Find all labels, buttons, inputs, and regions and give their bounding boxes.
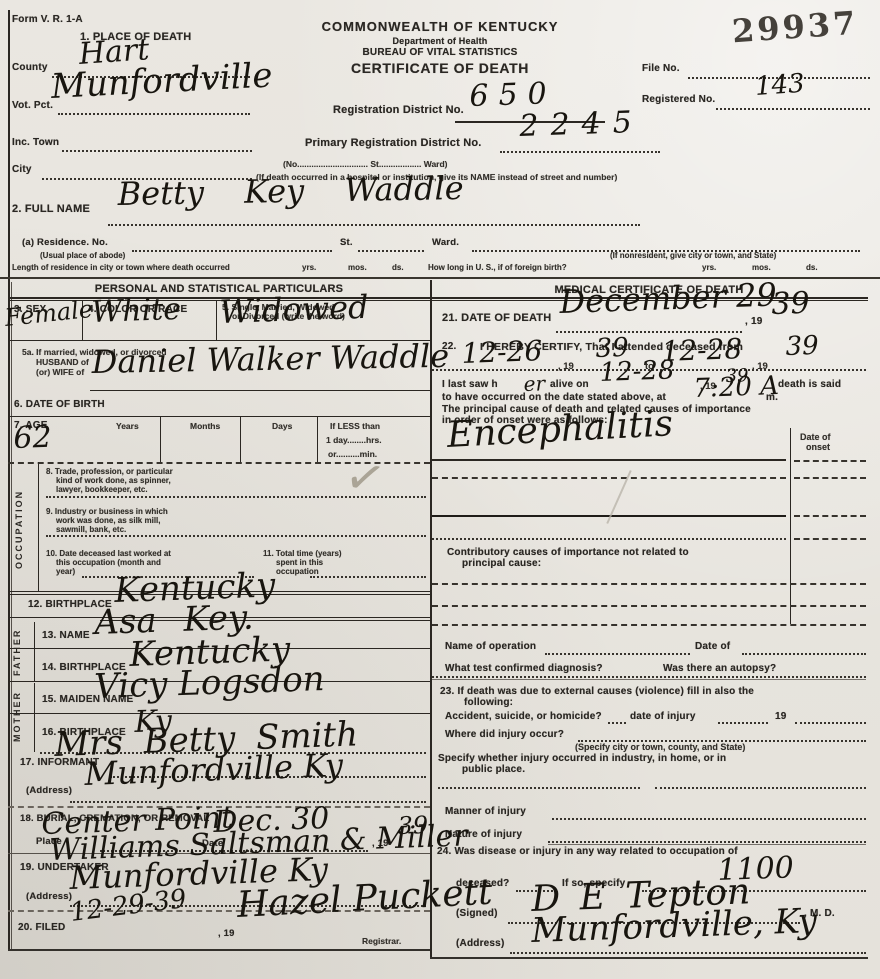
father-box-line [34,622,35,681]
divider [8,416,430,417]
death-is-said-text: death is said [778,379,841,390]
accident-label: Accident, suicide, or homicide? [445,711,602,722]
divider [8,713,430,714]
length-mos-label: mos. [348,263,367,272]
howlong-ds-label: ds. [806,263,818,272]
registrar-signature: Hazel Puckett [236,875,493,924]
city-street-hint: (No.............................. St....… [283,159,448,169]
occurred-text: to have occurred on the date stated abov… [442,392,666,403]
certificate-stamp-number: 29937 [731,4,860,51]
full-name-value: Betty Key Waddle [117,172,463,210]
cause-of-death-value: Encephalitis [446,406,674,454]
divider [430,957,868,959]
spouse-label-3: (or) WIFE of [36,367,84,377]
age-less-1: If LESS than [330,421,380,431]
form-code: Form V. R. 1-A [12,14,83,25]
age-less-2: 1 day........hrs. [326,435,382,445]
spouse-label-2: HUSBAND of [36,357,89,367]
attended-to-year: 39 [785,333,819,360]
cause-line [432,459,786,461]
mother-side-label: MOTHER [12,688,22,746]
manner-of-injury-label: Manner of injury [445,806,526,817]
autopsy-label: Was there an autopsy? [663,663,776,674]
registered-no-line [716,108,870,110]
occurred-m-text: m. [766,392,778,403]
age-months-header: Months [190,421,220,431]
occupation-side-label: OCCUPATION [14,468,24,590]
smudge-line [432,679,866,680]
last-saw-post-text: alive on [550,379,589,390]
informant-address-label: (Address) [26,785,72,796]
specify-line [655,787,866,789]
city-label: City [12,164,32,175]
file-no-label: File No. [642,63,680,74]
registered-no-label: Registered No. [642,94,715,105]
inc-town-line [62,150,252,152]
physician-address-line [510,952,866,954]
last-saw-date-value: 12-28 [599,357,675,386]
occ8-label-3: lawyer, bookkeeper, etc. [56,485,148,494]
inc-town-label: Inc. Town [12,137,59,148]
occ11-label-1: 11. Total time (years) [263,549,342,558]
injury-date-line [718,722,768,724]
contributory-text-2: principal cause: [462,558,541,569]
registration-district-value: 650 [469,79,557,112]
specify-text-1: Specify whether injury occurred in indus… [438,753,726,764]
dod-year-value: 39 [771,289,810,320]
mother-maiden-name-value: Vicy Logsdon [94,662,325,704]
registered-no-value: 143 [754,71,805,100]
test-line [432,676,866,678]
cause-line [432,477,786,479]
certificate-title: CERTIFICATE OF DEATH [270,60,610,76]
physician-address-value: Munfordville, Ky [531,904,818,948]
occupation-box-line [38,462,39,592]
informant-address-line [70,801,426,803]
age-days-header: Days [272,421,292,431]
registrar-label: Registrar. [362,936,401,946]
cell-divider [317,416,318,462]
specify-line [438,787,640,789]
where-injury-hint: (Specify city or town, county, and State… [575,742,745,752]
death-certificate-scan: Form V. R. 1-A 1. PLACE OF DEATH COMMONW… [0,0,880,979]
divider [8,949,430,951]
contributory-line [432,605,866,607]
contributory-line [432,583,866,585]
external-causes-text-2: following: [464,697,513,708]
occ10-label-2: this occupation (month and [56,558,161,567]
howlong-mos-label: mos. [752,263,771,272]
nature-line [548,841,866,843]
manner-line [552,818,866,820]
primary-district-label: Primary Registration District No. [305,137,482,149]
voting-precinct-line [58,113,250,115]
accident-line [608,722,626,724]
contributory-line [432,624,866,626]
mother-box-line [34,683,35,752]
color-race-value: White [91,295,182,328]
nonresident-hint: (If nonresident, give city or town, and … [610,251,776,260]
sex-value: Female [3,297,94,330]
cell-divider [216,300,217,340]
occ11-label-3: occupation [276,567,319,576]
dod-year-prefix: , 19 [745,316,762,327]
divider [90,390,430,391]
cell-divider [240,416,241,462]
residence-st-label: St. [340,237,353,248]
date-of-death-label: 21. DATE OF DEATH [442,312,551,324]
father-side-label: FATHER [12,626,22,678]
voting-precinct-label: Vot. Pct. [12,100,53,111]
external-causes-text-1: 23. If death was due to external causes … [440,686,754,697]
cause-line [432,538,786,540]
undertaker-address-label: (Address) [26,891,72,902]
certify-number: 22. [442,341,457,352]
length-ds-label: ds. [392,263,404,272]
informant-address-value: Munfordville Ky [84,749,344,790]
cell-divider [160,416,161,462]
occ10-label-3: year) [56,567,75,576]
county-label: County [12,62,48,73]
length-residence-label: Length of residence in city or town wher… [12,263,230,272]
operation-label: Name of operation [445,641,536,652]
occupation-related-text: 24. Was disease or injury in any way rel… [437,846,738,857]
length-yrs-label: yrs. [302,263,316,272]
injury-19-label: 19 [775,711,787,722]
attended-from-value: 12-26 [461,337,543,368]
occ11-line [310,576,426,578]
test-label: What test confirmed diagnosis? [445,663,603,674]
occ9-label-2: work was done, as silk mill, [56,516,160,525]
howlong-yrs-label: yrs. [702,263,716,272]
registration-district-label: Registration District No. [333,104,464,116]
marital-value: Widowed [219,291,369,328]
date-of-birth-label: 6. DATE OF BIRTH [14,399,105,410]
onset-column-line [790,428,791,624]
date-of-onset-label-2: onset [806,442,830,452]
specify-text-2: public place. [462,764,525,775]
occ9-line [46,535,426,537]
date-of-onset-label-1: Date of [800,432,831,442]
operation-date-line [742,653,866,655]
onset-line [794,538,866,540]
onset-line [794,515,866,517]
full-name-line [108,224,640,226]
date-of-death-value: December 29 [559,278,777,318]
bureau-subtitle: BUREAU OF VITAL STATISTICS [270,47,610,58]
column-divider [430,280,432,957]
onset-line [794,477,866,479]
commonwealth-title: COMMONWEALTH OF KENTUCKY [270,19,610,34]
filed-label: 20. FILED [18,922,65,933]
spouse-value: Daniel Walker Waddle [91,340,449,378]
department-subtitle: Department of Health [270,36,610,46]
primary-district-value: 2245 [519,108,644,142]
residence-no-line [132,250,332,252]
contributory-text-1: Contributory causes of importance not re… [447,547,689,558]
onset-line [794,460,866,462]
residence-label: (a) Residence. No. [22,237,108,248]
last-saw-pre-text: I last saw h [442,379,498,390]
voting-precinct-value: Munfordville [50,58,273,104]
injury-year-line [795,722,866,724]
left-border-inner [11,282,12,950]
smudge-line [548,844,866,845]
age-years-header: Years [116,421,139,431]
occ11-label-2: spent in this [276,558,323,567]
occ8-label-2: kind of work done, as spinner, [56,476,171,485]
physician-address-label: (Address) [456,938,504,949]
residence-ward-label: Ward. [432,237,459,248]
last-saw-er-value: er [523,373,545,394]
howlong-us-label: How long in U. S., if of foreign birth? [428,263,567,272]
injury-date-label: date of injury [630,711,696,722]
operation-date-label: Date of [695,641,730,652]
full-name-label: 2. FULL NAME [12,203,90,215]
occ9-label-3: sawmill, bank, etc. [56,525,126,534]
primary-district-line [500,151,660,153]
filed-year-prefix: , 19 [218,928,235,939]
occ10-label-1: 10. Date deceased last worked at [46,549,171,558]
age-value: 62 [13,423,52,454]
residence-st-line [358,250,424,252]
occ9-label-1: 9. Industry or business in which [46,507,168,516]
left-border [8,10,10,950]
occ8-label-1: 8. Trade, profession, or particular [46,467,173,476]
father-name-label: 13. NAME [42,630,90,641]
abode-hint: (Usual place of abode) [40,251,125,260]
operation-line [545,653,690,655]
where-injury-label: Where did injury occur? [445,729,564,740]
